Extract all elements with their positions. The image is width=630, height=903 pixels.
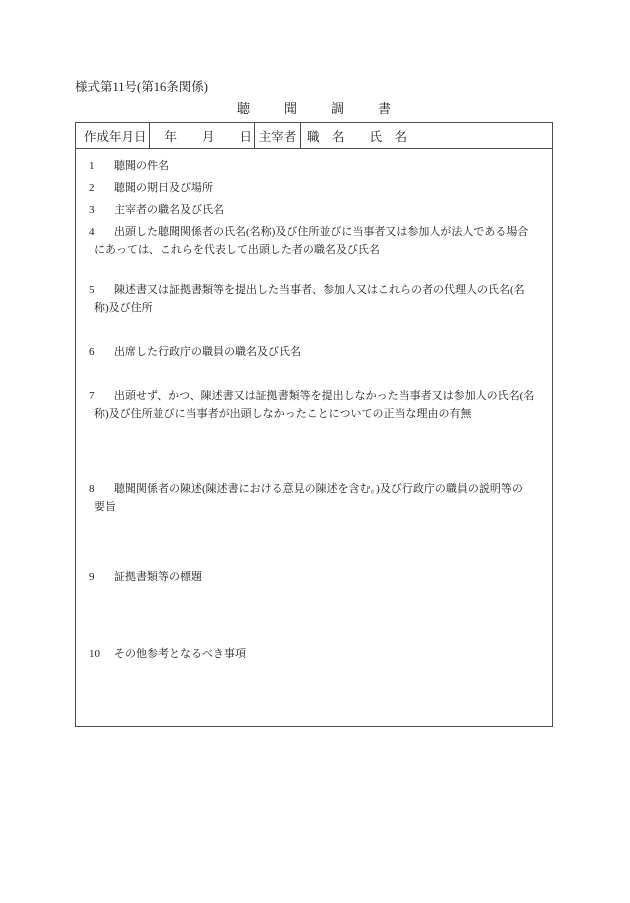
form-item-6: 6出席した行政庁の職員の職名及び氏名 xyxy=(89,343,549,361)
hearing-record-form: 作成年月日 年 月 日 主宰者 職 名 氏 名 1聴聞の件名 2聴聞の期日及び場… xyxy=(75,122,553,727)
presider-label-cell: 主宰者 xyxy=(255,123,301,148)
item-number: 4 xyxy=(89,223,114,241)
form-item-3: 3主宰者の職名及び氏名 xyxy=(89,201,549,219)
item-text: その他参考となるべき事項 xyxy=(114,648,246,660)
item-line: 4出頭した聴聞関係者の氏名(名称)及び住所並びに当事者又は参加人が法人である場合 xyxy=(89,223,549,241)
form-item-8: 8聴聞関係者の陳述(陳述書における意見の陳述を含む。)及び行政庁の職員の説明等の… xyxy=(89,480,549,516)
item-number: 1 xyxy=(89,157,114,175)
document-page: 様式第11号(第16条関係) 聴聞調書 作成年月日 年 月 日 主宰者 職 名 … xyxy=(0,0,630,903)
item-number: 7 xyxy=(89,387,114,405)
item-line: 8聴聞関係者の陳述(陳述書における意見の陳述を含む。)及び行政庁の職員の説明等の xyxy=(89,480,549,498)
form-header-row: 作成年月日 年 月 日 主宰者 職 名 氏 名 xyxy=(76,123,552,149)
form-item-1: 1聴聞の件名 xyxy=(89,157,549,175)
item-line: 3主宰者の職名及び氏名 xyxy=(89,201,549,219)
form-item-2: 2聴聞の期日及び場所 xyxy=(89,179,549,197)
item-line-continuation: 要旨 xyxy=(89,498,549,516)
form-item-7: 7出頭せず、かつ、陳述書又は証拠書類等を提出しなかった当事者又は参加人の氏名(名… xyxy=(89,387,549,423)
item-number: 10 xyxy=(89,645,114,663)
item-text: 聴聞の期日及び場所 xyxy=(114,182,213,194)
form-item-5: 5陳述書又は証拠書類等を提出した当事者、参加人又はこれらの者の代理人の氏名(名 … xyxy=(89,281,549,317)
item-line: 1聴聞の件名 xyxy=(89,157,549,175)
item-number: 2 xyxy=(89,179,114,197)
item-number: 6 xyxy=(89,343,114,361)
item-line: 7出頭せず、かつ、陳述書又は証拠書類等を提出しなかった当事者又は参加人の氏名(名 xyxy=(89,387,549,405)
form-item-9: 9証拠書類等の標題 xyxy=(89,568,549,586)
item-number: 5 xyxy=(89,281,114,299)
item-text: 聴聞の件名 xyxy=(114,160,169,172)
presider-name-cell: 職 名 氏 名 xyxy=(301,123,552,148)
item-number: 9 xyxy=(89,568,114,586)
document-title: 聴聞調書 xyxy=(75,100,553,118)
item-text: 出頭した聴聞関係者の氏名(名称)及び住所並びに当事者又は参加人が法人である場合 xyxy=(114,226,528,238)
item-text: 主宰者の職名及び氏名 xyxy=(114,204,224,216)
item-line: 9証拠書類等の標題 xyxy=(89,568,549,586)
form-number-label: 様式第11号(第16条関係) xyxy=(75,78,208,96)
item-line: 10その他参考となるべき事項 xyxy=(89,645,549,663)
item-line-continuation: 称)及び住所 xyxy=(89,299,549,317)
created-date-value-cell: 年 月 日 xyxy=(150,123,255,148)
item-number: 3 xyxy=(89,201,114,219)
item-text: 出席した行政庁の職員の職名及び氏名 xyxy=(114,346,301,358)
item-line: 6出席した行政庁の職員の職名及び氏名 xyxy=(89,343,549,361)
item-text: 陳述書又は証拠書類等を提出した当事者、参加人又はこれらの者の代理人の氏名(名 xyxy=(114,284,525,296)
form-item-10: 10その他参考となるべき事項 xyxy=(89,645,549,663)
item-line-continuation: 称)及び住所並びに当事者が出頭しなかったことについての正当な理由の有無 xyxy=(89,405,549,423)
item-line: 2聴聞の期日及び場所 xyxy=(89,179,549,197)
form-body: 1聴聞の件名 2聴聞の期日及び場所 3主宰者の職名及び氏名 4出頭した聴聞関係者… xyxy=(76,149,552,727)
item-number: 8 xyxy=(89,480,114,498)
item-text: 証拠書類等の標題 xyxy=(114,571,202,583)
item-line: 5陳述書又は証拠書類等を提出した当事者、参加人又はこれらの者の代理人の氏名(名 xyxy=(89,281,549,299)
item-text: 出頭せず、かつ、陳述書又は証拠書類等を提出しなかった当事者又は参加人の氏名(名 xyxy=(114,390,534,402)
created-date-label-cell: 作成年月日 xyxy=(76,123,150,148)
item-text: 聴聞関係者の陳述(陳述書における意見の陳述を含む。)及び行政庁の職員の説明等の xyxy=(114,483,523,495)
form-item-4: 4出頭した聴聞関係者の氏名(名称)及び住所並びに当事者又は参加人が法人である場合… xyxy=(89,223,549,259)
item-line-continuation: にあっては、これらを代表して出頭した者の職名及び氏名 xyxy=(89,241,549,259)
